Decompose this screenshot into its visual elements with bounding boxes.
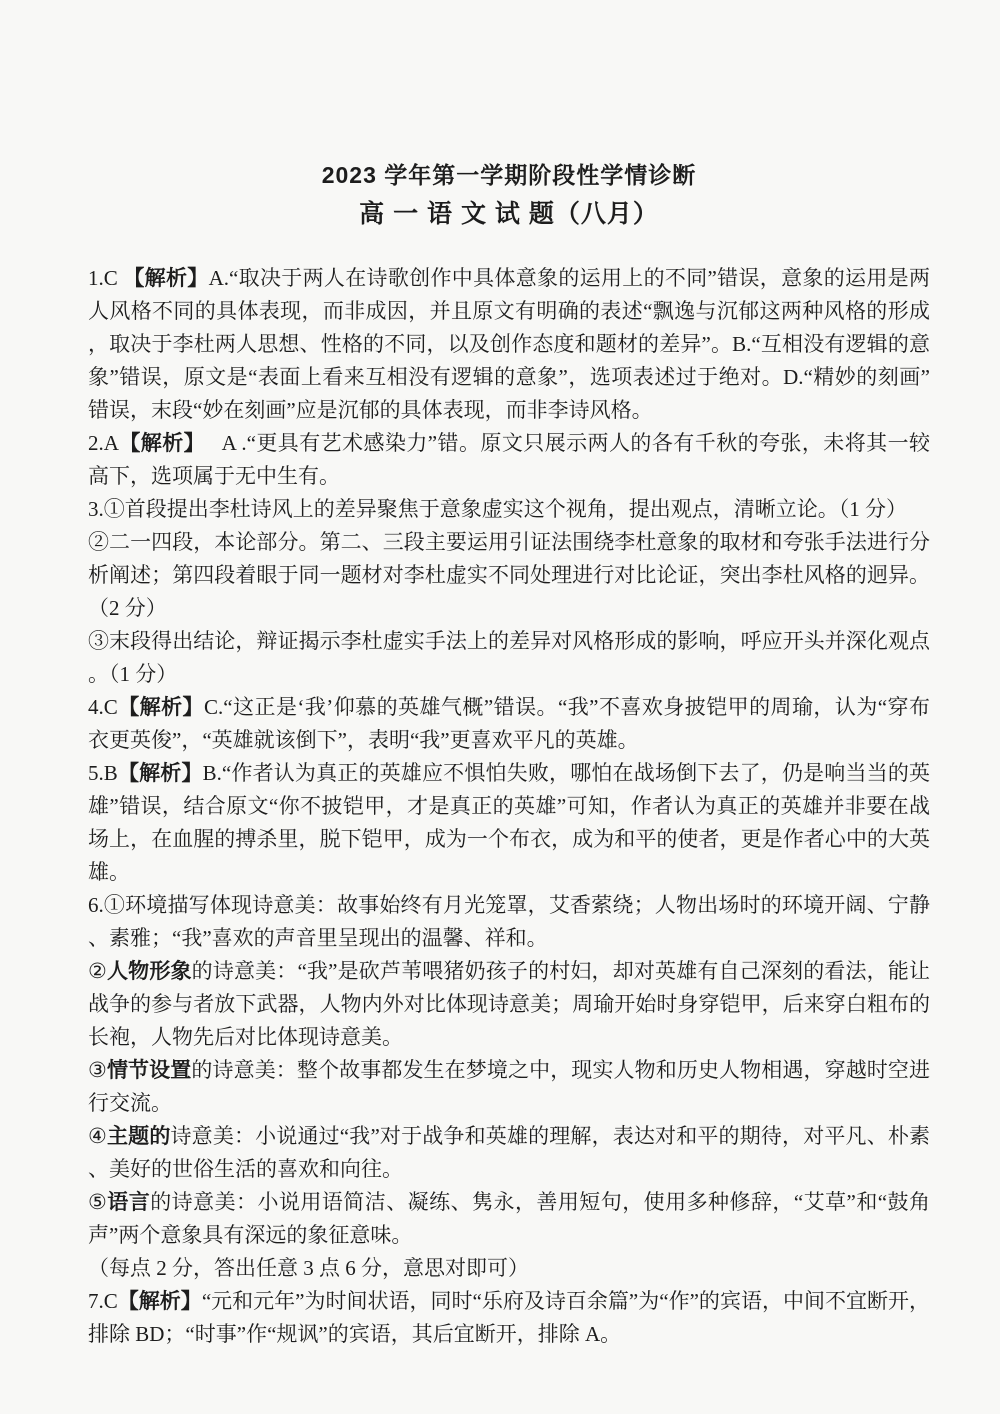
text-segment: 情节设置 bbox=[107, 1058, 191, 1082]
text-segment: 3.①首段提出李杜诗风上的差异聚焦于意象虚实这个视角，提出观点，清晰立论。（1 … bbox=[88, 497, 907, 521]
text-segment: 【解析】 bbox=[119, 431, 195, 455]
text-segment: 的诗意美：整个故事都发生在梦境之中，现实人物和历史人物相遇，穿越时空进行交流。 bbox=[88, 1058, 930, 1115]
text-segment: 诗意美：小说通过“我”对于战争和英雄的理解，表达对和平的期待，对平凡、朴素、美好… bbox=[88, 1124, 930, 1181]
paragraph: ②二一四段，本论部分。第二、三段主要运用引证法围绕李杜意象的取材和夸张手法进行分… bbox=[88, 526, 930, 625]
document-subtitle: 高 一 语 文 试 题（八月） bbox=[88, 197, 930, 231]
text-segment: 6.①环境描写体现诗意美：故事始终有月光笼罩，艾香萦绕；人物出场时的环境开阔、宁… bbox=[88, 893, 930, 950]
text-segment: 【解析】 bbox=[123, 266, 208, 290]
text-segment: 【解析】 bbox=[118, 761, 203, 785]
text-segment: “元和元年”为时间状语，同时“乐府及诗百余篇”为“作”的宾语，中间不宜断开，排除… bbox=[88, 1289, 930, 1346]
paragraph: ③末段得出结论，辩证揭示李杜虚实手法上的差异对风格形成的影响，呼应开头并深化观点… bbox=[88, 625, 930, 691]
text-segment: ③ bbox=[88, 1058, 107, 1082]
text-segment: 4.C bbox=[88, 695, 118, 719]
text-segment: B.“作者认为真正的英雄应不惧怕失败，哪怕在战场倒下去了，仍是响当当的英雄”错误… bbox=[88, 761, 930, 884]
paragraph: ④主题的诗意美：小说通过“我”对于战争和英雄的理解，表达对和平的期待，对平凡、朴… bbox=[88, 1120, 930, 1186]
paragraph: 7.C【解析】“元和元年”为时间状语，同时“乐府及诗百余篇”为“作”的宾语，中间… bbox=[88, 1285, 930, 1351]
text-segment: 7.C bbox=[88, 1289, 118, 1313]
text-segment: （每点 2 分，答出任意 3 点 6 分，意思对即可） bbox=[88, 1256, 529, 1280]
text-segment: 人物形象 bbox=[107, 959, 192, 983]
text-segment: 的诗意美：小说用语简洁、凝练、隽永，善用短句，使用多种修辞，“艾草”和“鼓角声”… bbox=[88, 1190, 930, 1247]
paragraph: 4.C【解析】C.“这正是‘我’仰慕的英雄气概”错误。“我”不喜欢身披铠甲的周瑜… bbox=[88, 691, 930, 757]
text-segment: 【解析】 bbox=[118, 695, 204, 719]
paragraph: ⑤语言的诗意美：小说用语简洁、凝练、隽永，善用短句，使用多种修辞，“艾草”和“鼓… bbox=[88, 1186, 930, 1252]
document-title: 2023 学年第一学期阶段性学情诊断 bbox=[88, 160, 930, 190]
text-segment: 【解析】 bbox=[118, 1289, 202, 1313]
paragraph: 3.①首段提出李杜诗风上的差异聚焦于意象虚实这个视角，提出观点，清晰立论。（1 … bbox=[88, 493, 930, 526]
text-segment: 5.B bbox=[88, 761, 118, 785]
paragraph: 2.A【解析】 A .“更具有艺术感染力”错。原文只展示两人的各有千秋的夸张，未… bbox=[88, 427, 930, 493]
exam-answer-page: 2023 学年第一学期阶段性学情诊断 高 一 语 文 试 题（八月） 1.C 【… bbox=[0, 0, 1000, 1414]
text-segment: 2.A bbox=[88, 431, 119, 455]
text-segment: 的诗意美：“我”是砍芦苇喂猪奶孩子的村妇，却对英雄有自己深刻的看法，能让战争的参… bbox=[88, 959, 930, 1049]
paragraph: ③情节设置的诗意美：整个故事都发生在梦境之中，现实人物和历史人物相遇，穿越时空进… bbox=[88, 1054, 930, 1120]
paragraph: 1.C 【解析】A.“取决于两人在诗歌创作中具体意象的运用上的不同”错误，意象的… bbox=[88, 262, 930, 427]
text-segment: A.“取决于两人在诗歌创作中具体意象的运用上的不同”错误，意象的运用是两人风格不… bbox=[88, 266, 930, 422]
text-segment: 1.C bbox=[88, 266, 123, 290]
paragraph: 5.B【解析】B.“作者认为真正的英雄应不惧怕失败，哪怕在战场倒下去了，仍是响当… bbox=[88, 757, 930, 889]
text-segment: ② bbox=[88, 959, 107, 983]
document-body: 1.C 【解析】A.“取决于两人在诗歌创作中具体意象的运用上的不同”错误，意象的… bbox=[88, 262, 930, 1351]
text-segment: ③末段得出结论，辩证揭示李杜虚实手法上的差异对风格形成的影响，呼应开头并深化观点… bbox=[88, 629, 930, 686]
text-segment: ②二一四段，本论部分。第二、三段主要运用引证法围绕李杜意象的取材和夸张手法进行分… bbox=[88, 530, 930, 620]
text-segment: 主题的 bbox=[107, 1124, 171, 1148]
text-segment: A .“更具有艺术感染力”错。原文只展示两人的各有千秋的夸张，未将其一较高下，选… bbox=[88, 431, 930, 488]
paragraph: （每点 2 分，答出任意 3 点 6 分，意思对即可） bbox=[88, 1252, 930, 1285]
text-segment: ⑤ bbox=[88, 1190, 107, 1214]
text-segment: 语言 bbox=[107, 1190, 150, 1214]
text-segment: ④ bbox=[88, 1124, 107, 1148]
paragraph: ②人物形象的诗意美：“我”是砍芦苇喂猪奶孩子的村妇，却对英雄有自己深刻的看法，能… bbox=[88, 955, 930, 1054]
text-segment: C.“这正是‘我’仰慕的英雄气概”错误。“我”不喜欢身披铠甲的周瑜，认为“穿布衣… bbox=[88, 695, 930, 752]
paragraph: 6.①环境描写体现诗意美：故事始终有月光笼罩，艾香萦绕；人物出场时的环境开阔、宁… bbox=[88, 889, 930, 955]
